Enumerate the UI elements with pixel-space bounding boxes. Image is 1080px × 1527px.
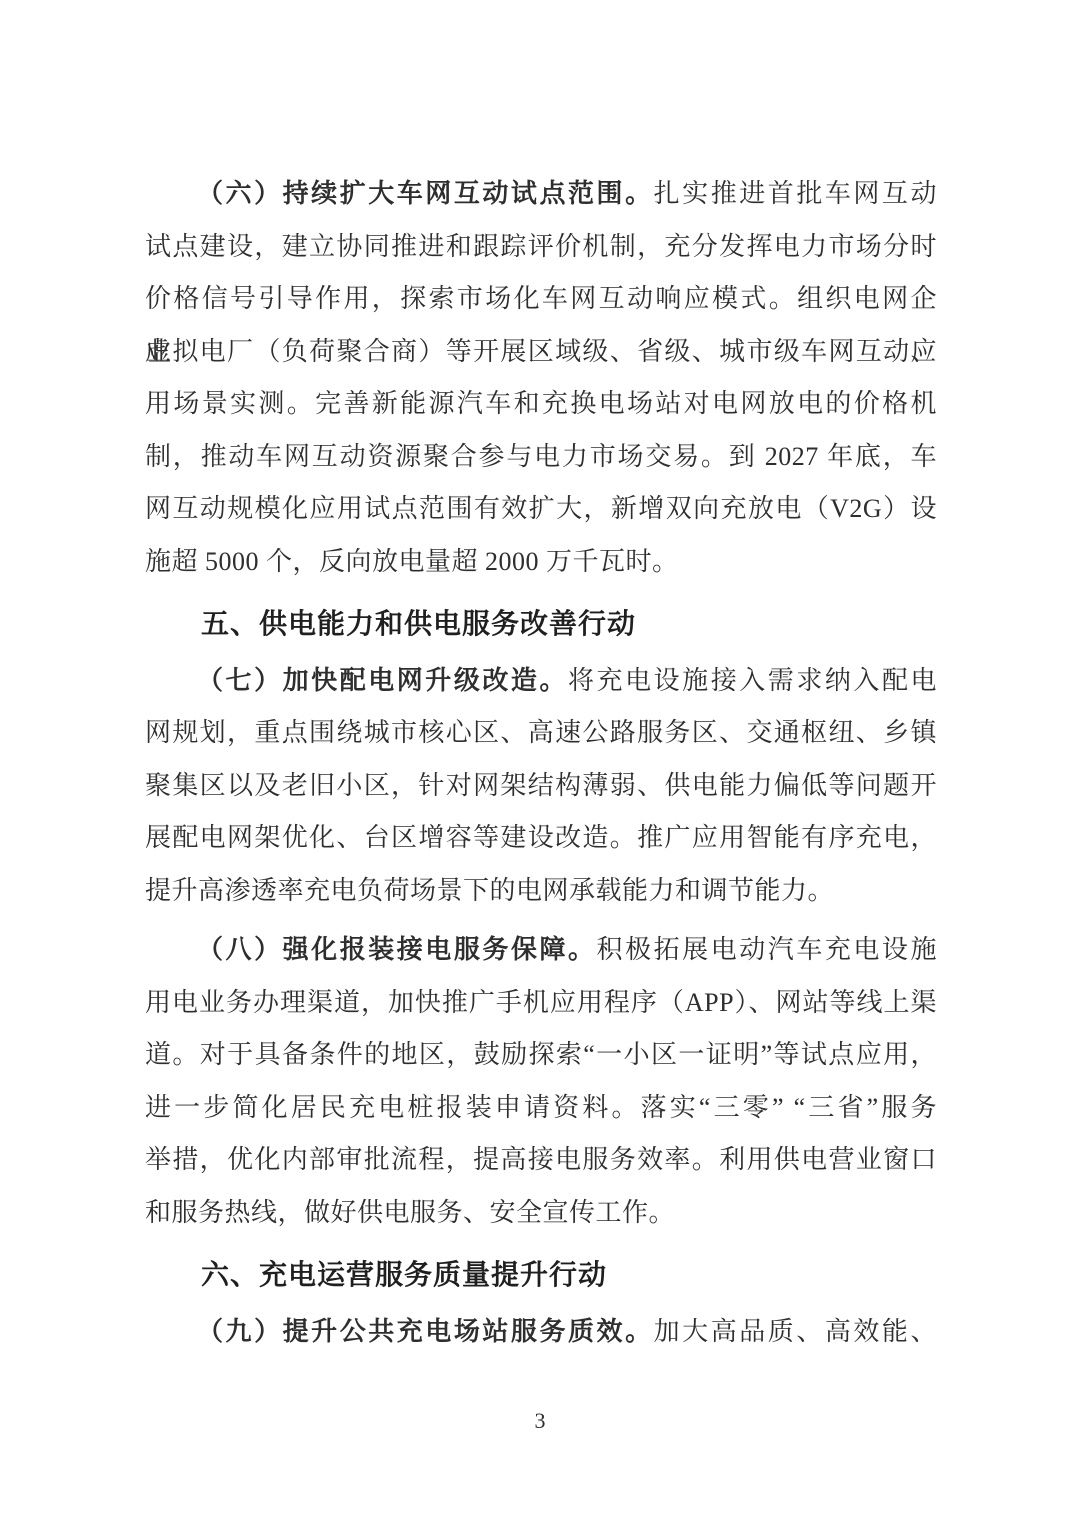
text-segment: 用场景实测。完善新能源汽车和充换电场站对电网放电的价格机 bbox=[145, 389, 937, 418]
text-segment: 展配电网架优化、台区增容等建设改造。推广应用智能有序充电， bbox=[145, 823, 937, 852]
text-segment: 制，推动车网互动资源聚合参与电力市场交易。到 2027 年底，车 bbox=[145, 442, 937, 471]
document-body: （六）持续扩大车网互动试点范围。扎实推进首批车网互动试点建设，建立协同推进和跟踪… bbox=[145, 168, 937, 1358]
page-number: 3 bbox=[0, 1408, 1080, 1434]
text-segment: 用电业务办理渠道，加快推广手机应用程序（APP）、网站等线上渠 bbox=[145, 988, 937, 1017]
paragraph-lead: （六）持续扩大车网互动试点范围。 bbox=[197, 179, 654, 208]
text-segment: 扎实推进首批车网互动 bbox=[654, 179, 937, 208]
text-segment: 举措，优化内部审批流程，提高接电服务效率。利用供电营业窗口 bbox=[145, 1145, 937, 1174]
text-segment: 道。对于具备条件的地区，鼓励探索“一小区一证明”等试点应用， bbox=[145, 1040, 937, 1069]
text-line: 道。对于具备条件的地区，鼓励探索“一小区一证明”等试点应用， bbox=[145, 1029, 937, 1082]
section-heading: 六、充电运营服务质量提升行动 bbox=[145, 1249, 937, 1302]
text-line: 举措，优化内部审批流程，提高接电服务效率。利用供电营业窗口 bbox=[145, 1134, 937, 1187]
section-heading: 五、供电能力和供电服务改善行动 bbox=[145, 598, 937, 651]
text-line: 施超 5000 个，反向放电量超 2000 万千瓦时。 bbox=[145, 536, 937, 589]
text-segment: 试点建设，建立协同推进和跟踪评价机制，充分发挥电力市场分时 bbox=[145, 232, 937, 261]
text-line: 用电业务办理渠道，加快推广手机应用程序（APP）、网站等线上渠 bbox=[145, 977, 937, 1030]
paragraph-lead: （七）加快配电网升级改造。 bbox=[197, 666, 568, 695]
text-line: 网规划，重点围绕城市核心区、高速公路服务区、交通枢纽、乡镇 bbox=[145, 707, 937, 760]
text-line: 制，推动车网互动资源聚合参与电力市场交易。到 2027 年底，车 bbox=[145, 431, 937, 484]
text-segment: 提升高渗透率充电负荷场景下的电网承载能力和调节能力。 bbox=[145, 876, 834, 905]
text-line: 展配电网架优化、台区增容等建设改造。推广应用智能有序充电， bbox=[145, 812, 937, 865]
paragraph-lead: （八）强化报装接电服务保障。 bbox=[197, 935, 597, 964]
text-segment: 虚拟电厂（负荷聚合商）等开展区域级、省级、城市级车网互动应 bbox=[145, 337, 937, 366]
paragraph-lead: （九）提升公共充电场站服务质效。 bbox=[197, 1317, 654, 1346]
text-line: 提升高渗透率充电负荷场景下的电网承载能力和调节能力。 bbox=[145, 865, 937, 918]
text-segment: 网规划，重点围绕城市核心区、高速公路服务区、交通枢纽、乡镇 bbox=[145, 718, 937, 747]
text-line: 进一步简化居民充电桩报装申请资料。落实“三零” “三省”服务 bbox=[145, 1082, 937, 1135]
text-segment: 和服务热线，做好供电服务、安全宣传工作。 bbox=[145, 1198, 675, 1227]
text-line: （七）加快配电网升级改造。将充电设施接入需求纳入配电 bbox=[145, 655, 937, 708]
text-line: （六）持续扩大车网互动试点范围。扎实推进首批车网互动 bbox=[145, 168, 937, 221]
text-segment: 网互动规模化应用试点范围有效扩大，新增双向充放电（V2G）设 bbox=[145, 494, 937, 523]
text-segment: 施超 5000 个，反向放电量超 2000 万千瓦时。 bbox=[145, 547, 679, 576]
text-segment: 五、供电能力和供电服务改善行动 bbox=[201, 608, 636, 639]
text-segment: 积极拓展电动汽车充电设施 bbox=[597, 935, 937, 964]
text-segment: 进一步简化居民充电桩报装申请资料。落实“三零” “三省”服务 bbox=[145, 1093, 937, 1122]
text-segment: 将充电设施接入需求纳入配电 bbox=[568, 666, 937, 695]
text-line: 价格信号引导作用，探索市场化车网互动响应模式。组织电网企业、 bbox=[145, 273, 937, 326]
document-page: （六）持续扩大车网互动试点范围。扎实推进首批车网互动试点建设，建立协同推进和跟踪… bbox=[0, 0, 1080, 1527]
text-line: 用场景实测。完善新能源汽车和充换电场站对电网放电的价格机 bbox=[145, 378, 937, 431]
text-line: 网互动规模化应用试点范围有效扩大，新增双向充放电（V2G）设 bbox=[145, 483, 937, 536]
text-segment: 加大高品质、高效能、 bbox=[654, 1317, 937, 1346]
text-line: 和服务热线，做好供电服务、安全宣传工作。 bbox=[145, 1187, 937, 1240]
text-line: 试点建设，建立协同推进和跟踪评价机制，充分发挥电力市场分时 bbox=[145, 221, 937, 274]
text-segment: 聚集区以及老旧小区，针对网架结构薄弱、供电能力偏低等问题开 bbox=[145, 771, 937, 800]
text-line: （九）提升公共充电场站服务质效。加大高品质、高效能、 bbox=[145, 1306, 937, 1359]
text-line: 聚集区以及老旧小区，针对网架结构薄弱、供电能力偏低等问题开 bbox=[145, 760, 937, 813]
text-segment: 六、充电运营服务质量提升行动 bbox=[201, 1259, 607, 1290]
text-line: （八）强化报装接电服务保障。积极拓展电动汽车充电设施 bbox=[145, 924, 937, 977]
text-line: 虚拟电厂（负荷聚合商）等开展区域级、省级、城市级车网互动应 bbox=[145, 326, 937, 379]
